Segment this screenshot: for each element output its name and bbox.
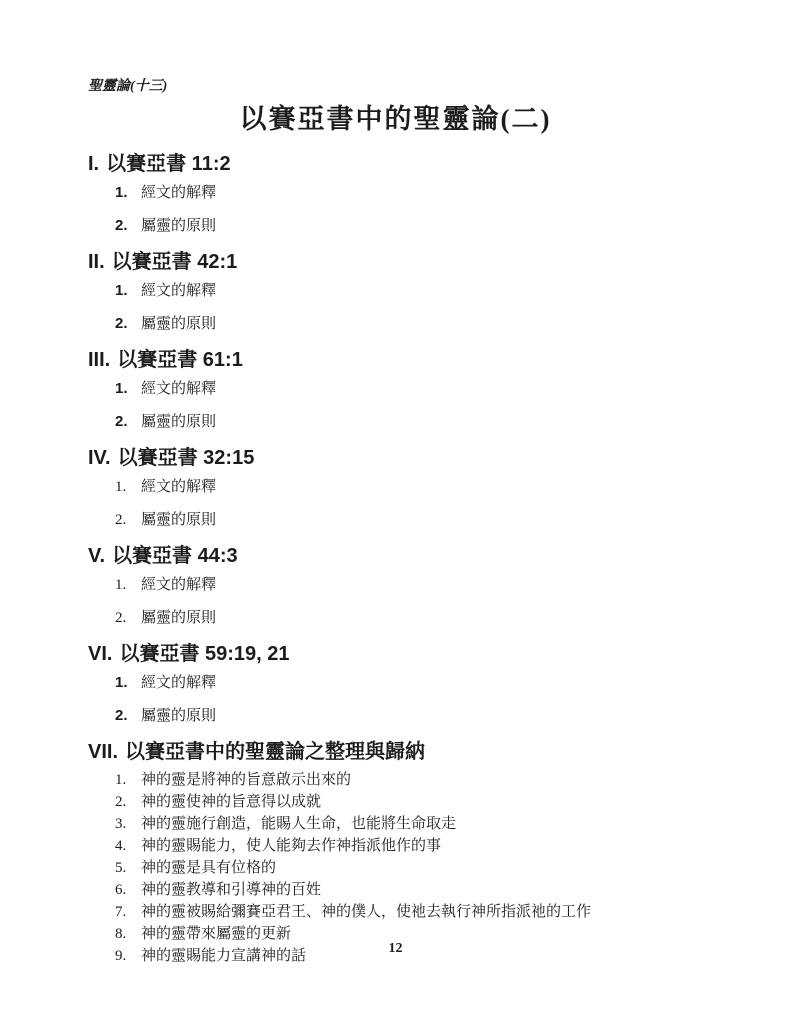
item-text: 經文的解釋 xyxy=(141,477,216,497)
item-text: 經文的解釋 xyxy=(141,379,216,399)
item-number: 1. xyxy=(115,673,141,693)
item-number: 1. xyxy=(115,771,141,790)
item-number: 4. xyxy=(115,837,141,856)
section-heading: I.以賽亞書 11:2 xyxy=(88,152,703,176)
item-number: 2. xyxy=(115,314,141,334)
item-number: 2. xyxy=(115,216,141,236)
section-title: 以賽亞書 44:3 xyxy=(112,545,238,567)
outline-item: 6. 神的靈教導和引導神的百姓 xyxy=(115,881,703,900)
outline-section-6: VI.以賽亞書 59:19, 21 1. 經文的解釋 2. 屬靈的原則 xyxy=(88,642,703,726)
outline-item: 1. 經文的解釋 xyxy=(115,183,703,203)
section-title: 以賽亞書 61:1 xyxy=(117,349,243,371)
section-numeral: II. xyxy=(88,251,105,273)
outline-item: 1. 經文的解釋 xyxy=(115,281,703,301)
page-title: 以賽亞書中的聖靈論(二) xyxy=(88,102,703,136)
item-number: 2. xyxy=(115,793,141,812)
item-number: 1. xyxy=(115,477,141,497)
page-number: 12 xyxy=(0,941,791,957)
item-text: 屬靈的原則 xyxy=(141,706,216,726)
section-numeral: VII. xyxy=(88,741,118,763)
item-number: 1. xyxy=(115,379,141,399)
item-text: 屬靈的原則 xyxy=(141,510,216,530)
outline-item: 5. 神的靈是具有位格的 xyxy=(115,859,703,878)
outline-section-3: III.以賽亞書 61:1 1. 經文的解釋 2. 屬靈的原則 xyxy=(88,348,703,432)
item-text: 屬靈的原則 xyxy=(141,412,216,432)
section-numeral: I. xyxy=(88,153,99,175)
outline-item: 3. 神的靈施行創造，能賜人生命，也能將生命取走 xyxy=(115,815,703,834)
outline-item: 7. 神的靈被賜給彌賽亞君王、神的僕人，使祂去執行神所指派祂的工作 xyxy=(115,903,703,922)
item-number: 3. xyxy=(115,815,141,834)
item-text: 神的靈是具有位格的 xyxy=(141,859,276,878)
item-text: 神的靈被賜給彌賽亞君王、神的僕人，使祂去執行神所指派祂的工作 xyxy=(141,903,591,922)
outline-section-4: IV.以賽亞書 32:15 1. 經文的解釋 2. 屬靈的原則 xyxy=(88,446,703,530)
item-text: 神的靈使神的旨意得以成就 xyxy=(141,793,321,812)
running-header: 聖靈論(十三) xyxy=(88,78,703,96)
outline-item: 1. 經文的解釋 xyxy=(115,477,703,497)
item-number: 5. xyxy=(115,859,141,878)
item-text: 神的靈施行創造，能賜人生命，也能將生命取走 xyxy=(141,815,456,834)
outline-section-5: V.以賽亞書 44:3 1. 經文的解釋 2. 屬靈的原則 xyxy=(88,544,703,628)
item-number: 6. xyxy=(115,881,141,900)
item-number: 1. xyxy=(115,281,141,301)
outline-item: 2. 屬靈的原則 xyxy=(115,314,703,334)
section-title: 以賽亞書 32:15 xyxy=(118,447,255,469)
outline-section-1: I.以賽亞書 11:2 1. 經文的解釋 2. 屬靈的原則 xyxy=(88,152,703,236)
outline-section-2: II.以賽亞書 42:1 1. 經文的解釋 2. 屬靈的原則 xyxy=(88,250,703,334)
section-numeral: III. xyxy=(88,349,110,371)
section-title: 以賽亞書中的聖靈論之整理與歸納 xyxy=(125,741,425,763)
outline-item: 1. 經文的解釋 xyxy=(115,575,703,595)
item-text: 神的靈教導和引導神的百姓 xyxy=(141,881,321,900)
outline-item: 2. 屬靈的原則 xyxy=(115,216,703,236)
item-text: 神的靈是將神的旨意啟示出來的 xyxy=(141,771,351,790)
section-heading: VI.以賽亞書 59:19, 21 xyxy=(88,642,703,666)
section-title: 以賽亞書 11:2 xyxy=(106,153,230,175)
item-text: 屬靈的原則 xyxy=(141,314,216,334)
outline: I.以賽亞書 11:2 1. 經文的解釋 2. 屬靈的原則 II.以賽亞書 42… xyxy=(88,152,703,966)
outline-item: 2. 屬靈的原則 xyxy=(115,510,703,530)
item-number: 2. xyxy=(115,510,141,530)
item-number: 2. xyxy=(115,706,141,726)
section-heading: II.以賽亞書 42:1 xyxy=(88,250,703,274)
section-title: 以賽亞書 59:19, 21 xyxy=(119,643,289,665)
section-numeral: IV. xyxy=(88,447,111,469)
item-text: 屬靈的原則 xyxy=(141,608,216,628)
section-heading: III.以賽亞書 61:1 xyxy=(88,348,703,372)
item-text: 經文的解釋 xyxy=(141,575,216,595)
item-text: 經文的解釋 xyxy=(141,673,216,693)
section-numeral: V. xyxy=(88,545,105,567)
item-number: 1. xyxy=(115,575,141,595)
outline-item: 2. 屬靈的原則 xyxy=(115,608,703,628)
section-heading: VII.以賽亞書中的聖靈論之整理與歸納 xyxy=(88,740,703,764)
item-text: 經文的解釋 xyxy=(141,281,216,301)
item-text: 經文的解釋 xyxy=(141,183,216,203)
item-number: 2. xyxy=(115,412,141,432)
section-heading: IV.以賽亞書 32:15 xyxy=(88,446,703,470)
section-numeral: VI. xyxy=(88,643,112,665)
item-text: 屬靈的原則 xyxy=(141,216,216,236)
outline-item: 2. 神的靈使神的旨意得以成就 xyxy=(115,793,703,812)
item-text: 神的靈賜能力，使人能夠去作神指派他作的事 xyxy=(141,837,441,856)
outline-item: 1. 經文的解釋 xyxy=(115,379,703,399)
item-number: 1. xyxy=(115,183,141,203)
outline-item: 4. 神的靈賜能力，使人能夠去作神指派他作的事 xyxy=(115,837,703,856)
item-number: 2. xyxy=(115,608,141,628)
outline-section-7: VII.以賽亞書中的聖靈論之整理與歸納 1. 神的靈是將神的旨意啟示出來的 2.… xyxy=(88,740,703,966)
section-heading: V.以賽亞書 44:3 xyxy=(88,544,703,568)
outline-item: 2. 屬靈的原則 xyxy=(115,412,703,432)
item-number: 7. xyxy=(115,903,141,922)
outline-item: 1. 經文的解釋 xyxy=(115,673,703,693)
document-page: 聖靈論(十三) 以賽亞書中的聖靈論(二) I.以賽亞書 11:2 1. 經文的解… xyxy=(0,0,791,1024)
outline-item: 2. 屬靈的原則 xyxy=(115,706,703,726)
section-title: 以賽亞書 42:1 xyxy=(112,251,238,273)
outline-item: 1. 神的靈是將神的旨意啟示出來的 xyxy=(115,771,703,790)
